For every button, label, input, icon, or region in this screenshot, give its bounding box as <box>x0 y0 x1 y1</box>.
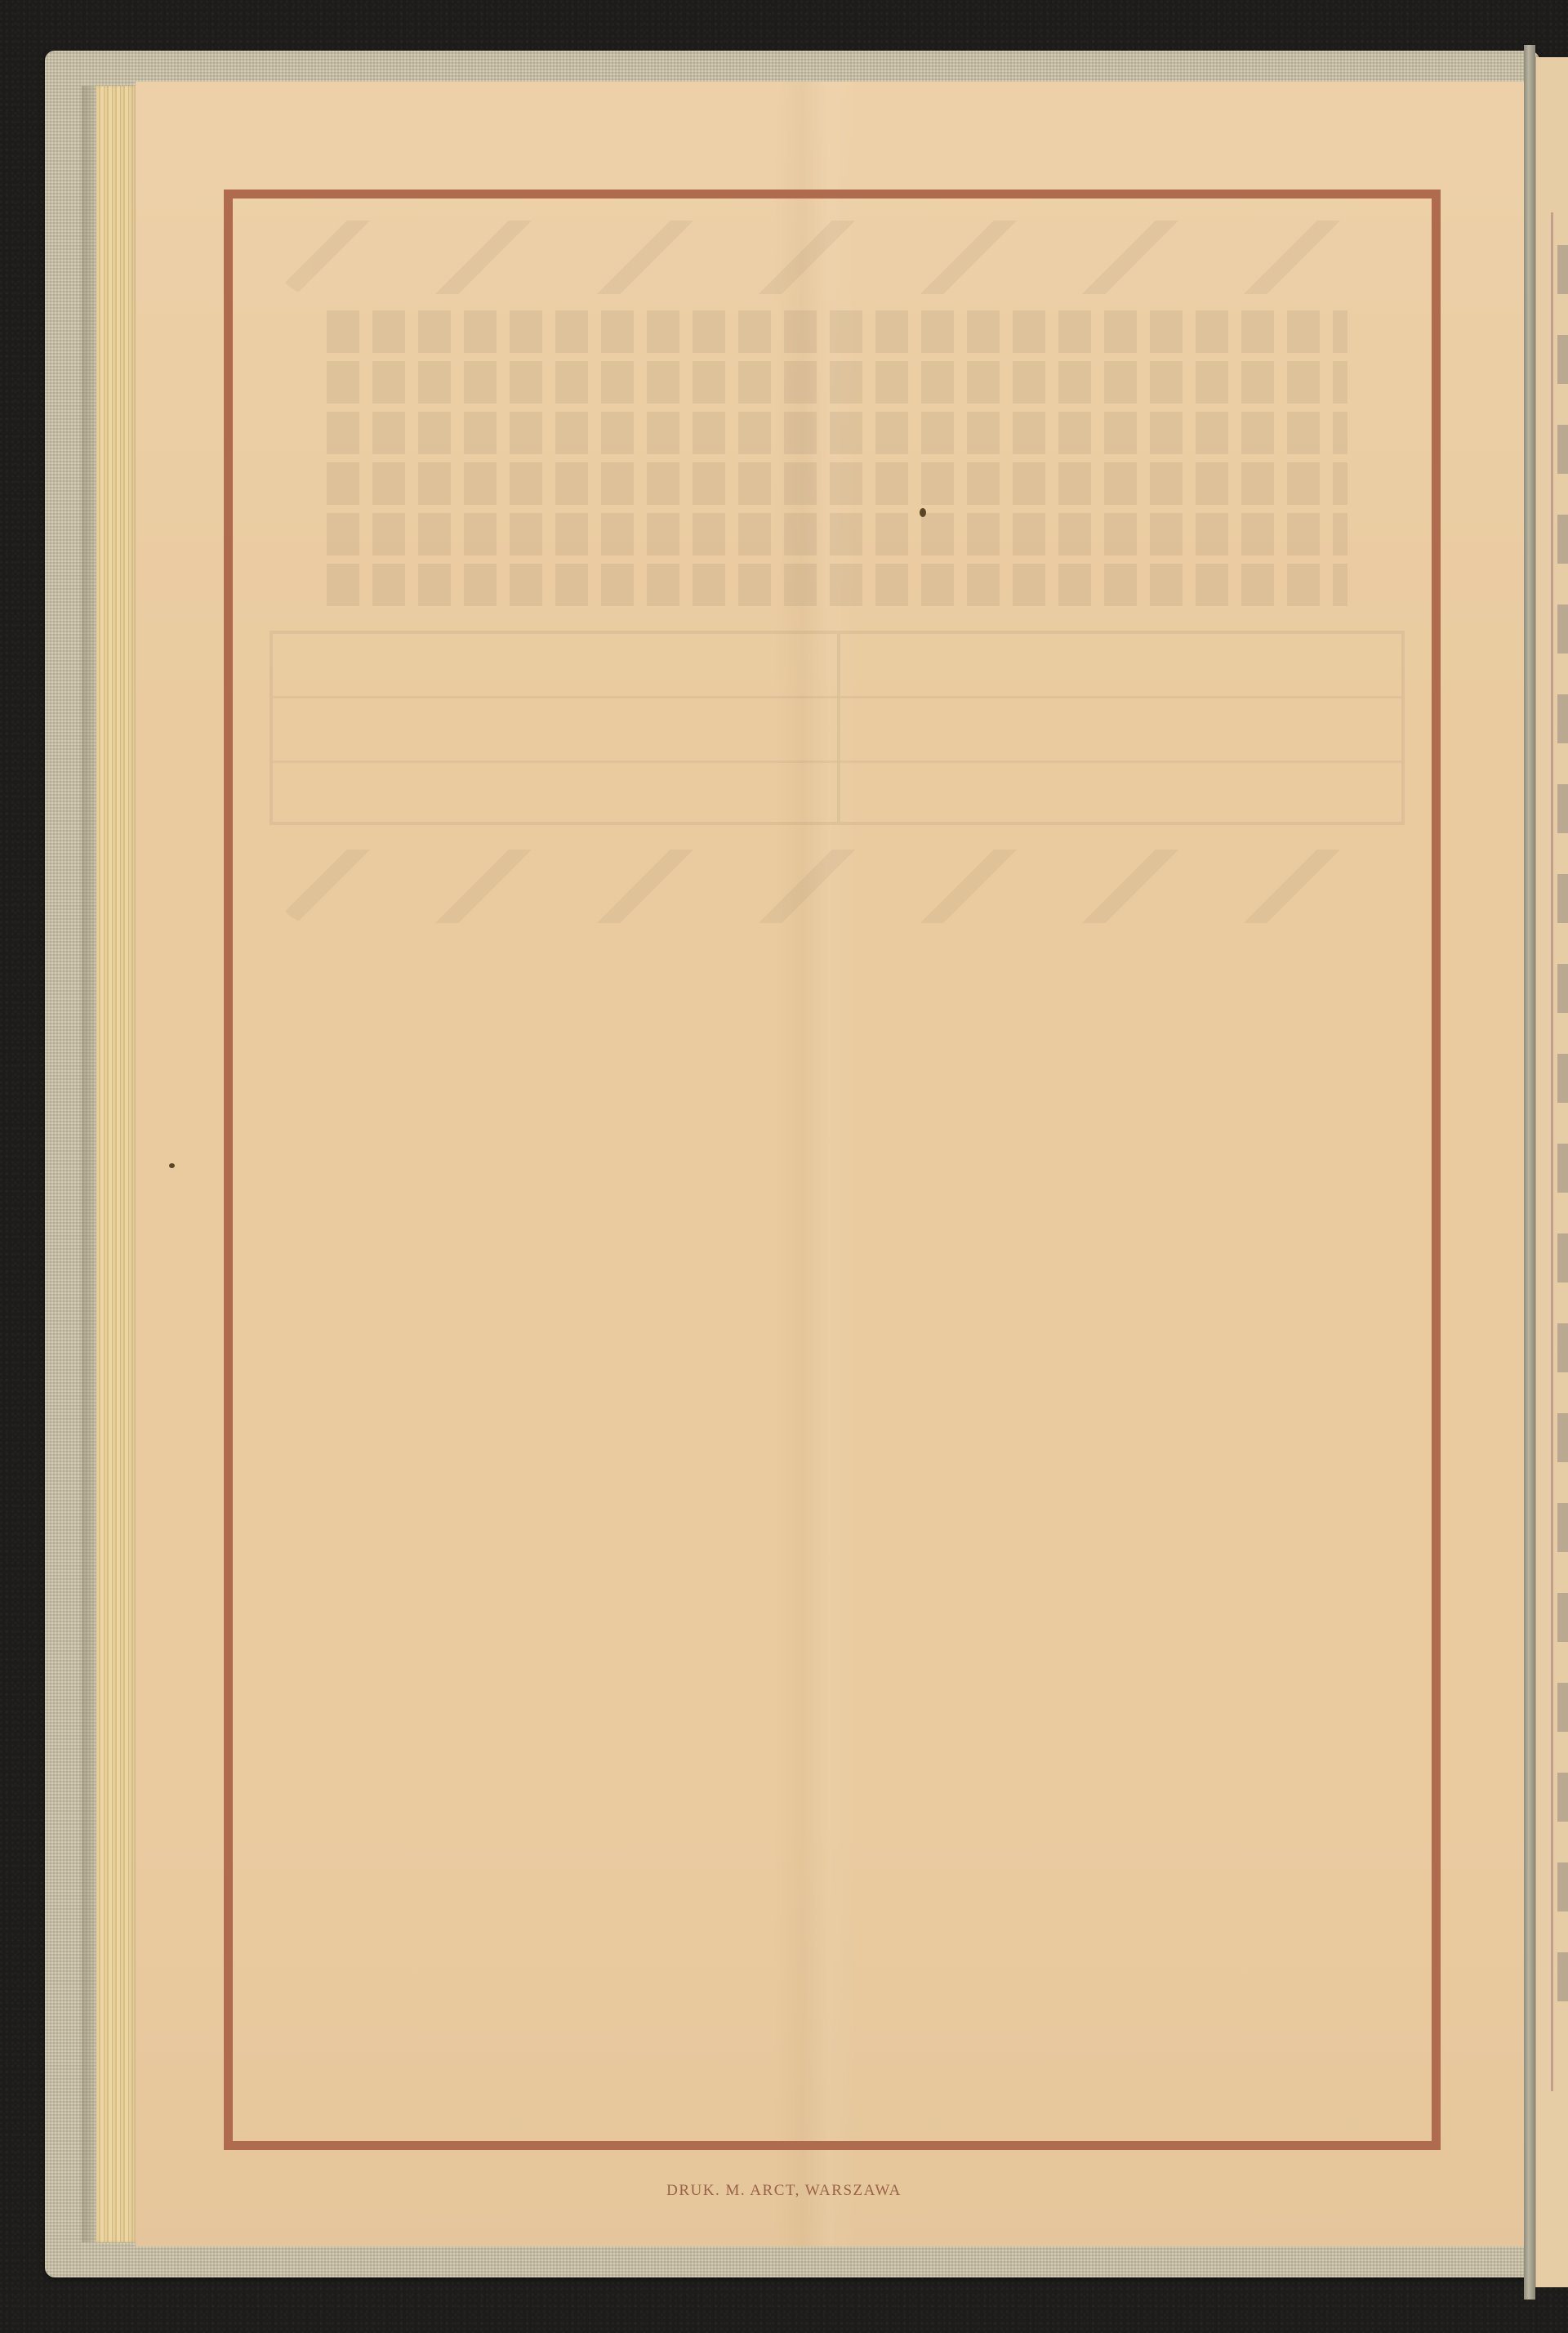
adjacent-page-glyphs <box>1557 245 1568 2042</box>
adjacent-page-edge <box>1535 57 1568 2287</box>
paper-speck <box>920 508 926 517</box>
printer-imprint: DRUK. M. ARCT, WARSZAWA <box>0 2182 1568 2200</box>
cover-hinge <box>82 86 98 2242</box>
page-stack-edge <box>96 86 136 2242</box>
book-gutter <box>1524 45 1535 2300</box>
paper-speck <box>169 1163 175 1168</box>
page-border-frame <box>224 190 1441 2150</box>
